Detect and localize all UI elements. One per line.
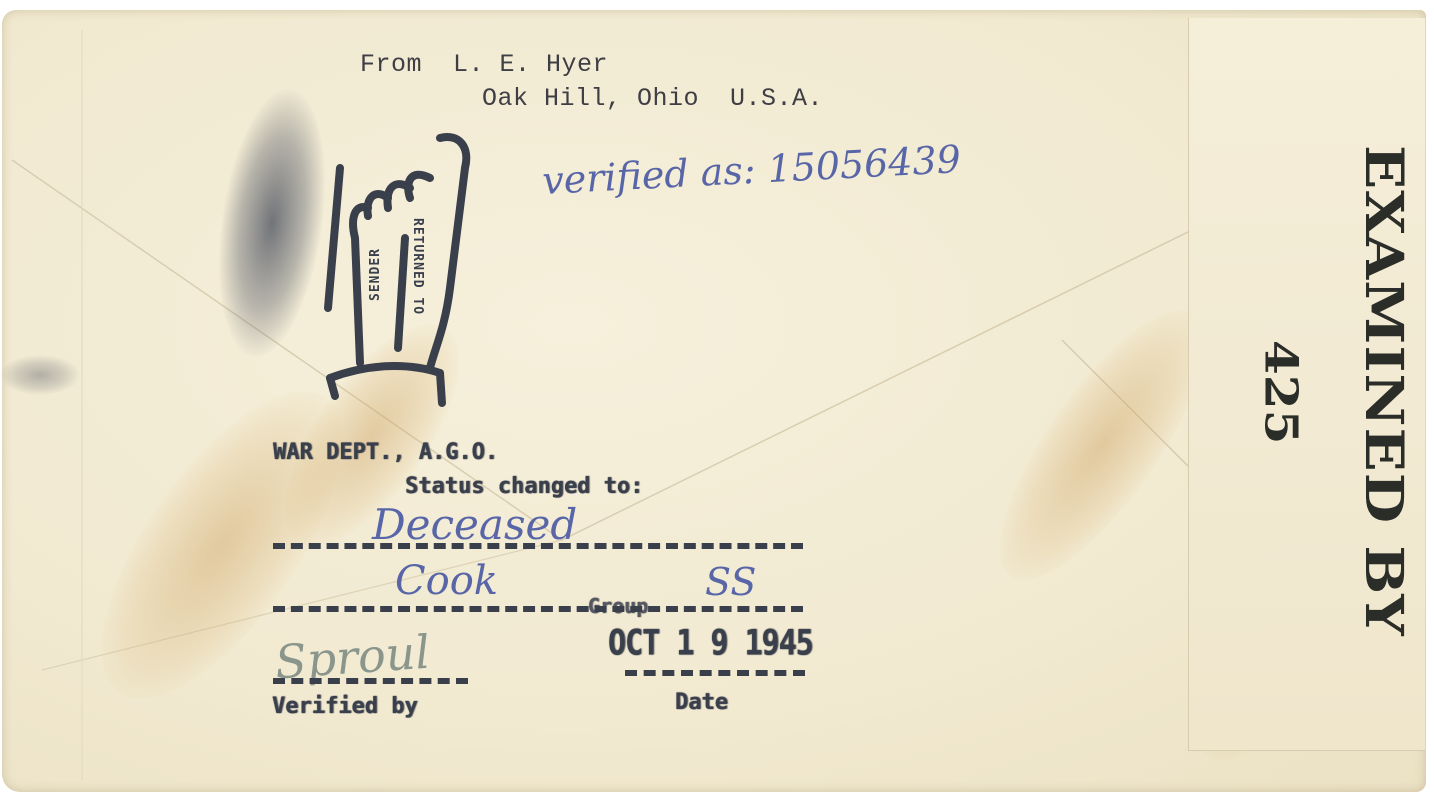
status-underline: [273, 543, 803, 555]
date-label: Date: [675, 690, 728, 715]
censor-number: 425: [1255, 340, 1308, 444]
date-value: OCT 1 9 1945: [608, 623, 813, 663]
verifier-underline: [273, 678, 468, 690]
returned-to-sender-stamp: SENDER RETURNED TO: [310, 128, 490, 408]
status-value: Deceased: [372, 500, 577, 549]
censor-label: EXAMINED BY: [1353, 145, 1414, 637]
war-dept-header: WAR DEPT., A.G.O.: [273, 440, 498, 465]
pointing-hand-icon: [310, 128, 490, 408]
return-address-line2: Oak Hill, Ohio U.S.A.: [482, 84, 823, 113]
hand-label-returned: RETURNED TO: [410, 218, 425, 315]
ink-smudge: [0, 355, 80, 395]
return-address-line1: From L. E. Hyer: [360, 50, 608, 79]
group-value: SS: [705, 560, 756, 604]
date-underline: [625, 670, 805, 682]
status-label: Status changed to:: [405, 474, 643, 499]
rank-value: Cook: [395, 558, 498, 604]
rank-underline: [273, 606, 803, 618]
verified-by-label: Verified by: [272, 694, 418, 719]
hand-label-sender: SENDER: [368, 248, 383, 301]
